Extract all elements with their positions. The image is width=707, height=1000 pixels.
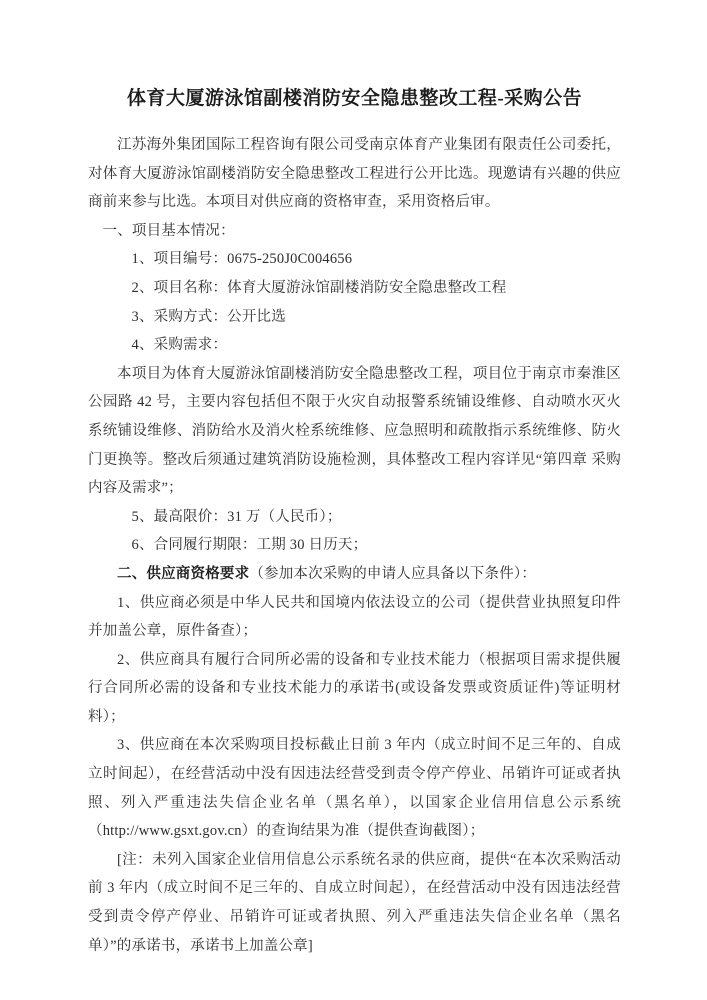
section1-item-contract-period: 6、合同履行期限：工期 30 日历天； <box>88 531 621 560</box>
section2-heading-bold: 二、供应商资格要求 <box>117 566 249 582</box>
section1-item-procurement-method: 3、采购方式：公开比选 <box>88 303 621 332</box>
section2-item-technical-capability: 2、供应商具有履行合同所必需的设备和专业技术能力（根据项目需求提供履行合同所必需… <box>88 646 621 732</box>
section2-heading-rest: （参加本次采购的申请人应具备以下条件）： <box>249 566 536 582</box>
section1-item-project-number: 1、项目编号：0675-250J0C004656 <box>88 245 621 274</box>
section2-note: [注：未列入国家企业信用信息公示系统名录的供应商，提供“在本次采购活动前 3 年… <box>88 846 621 960</box>
section1-heading: 一、项目基本情况： <box>88 217 621 246</box>
section1-requirement-detail: 本项目为体育大厦游泳馆副楼消防安全隐患整改工程，项目位于南京市秦淮区公园路 42… <box>88 360 621 503</box>
section1-item-price-limit: 5、最高限价：31 万（人民币）； <box>88 503 621 532</box>
section2-heading: 二、供应商资格要求（参加本次采购的申请人应具备以下条件）： <box>88 560 621 589</box>
section1-item-procurement-requirement: 4、采购需求： <box>88 331 621 360</box>
document-title: 体育大厦游泳馆副楼消防安全隐患整改工程-采购公告 <box>88 84 621 114</box>
section1-item-project-name: 2、项目名称：体育大厦游泳馆副楼消防安全隐患整改工程 <box>88 274 621 303</box>
intro-paragraph: 江苏海外集团国际工程咨询有限公司受南京体育产业集团有限责任公司委托，对体育大厦游… <box>88 131 621 217</box>
section2-item-business-record: 3、供应商在本次采购项目投标截止日前 3 年内（成立时间不足三年的、自成立时间起… <box>88 731 621 845</box>
section2-item-legal-entity: 1、供应商必须是中华人民共和国境内依法设立的公司（提供营业执照复印件并加盖公章，… <box>88 589 621 646</box>
procurement-announcement-page: 体育大厦游泳馆副楼消防安全隐患整改工程-采购公告 江苏海外集团国际工程咨询有限公… <box>0 0 707 1000</box>
